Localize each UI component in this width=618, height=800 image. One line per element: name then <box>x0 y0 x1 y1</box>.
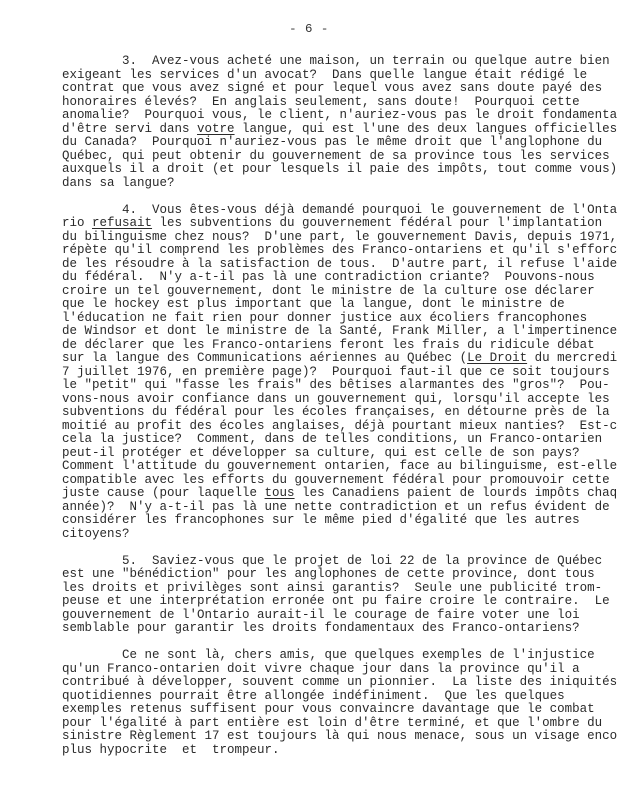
underlined-text: votre <box>197 122 235 136</box>
text-line: les droits et privilèges sont ainsi gara… <box>62 582 618 596</box>
text-line: cela la justice? Comment, dans de telles… <box>62 433 618 447</box>
text-line: plus hypocrite et trompeur. <box>62 744 618 758</box>
text-line: 3. Avez-vous acheté une maison, un terra… <box>62 55 618 69</box>
text-line: contrat que vous avez signé et pour lequ… <box>62 82 618 96</box>
text-line: le "petit" qui "fasse les frais" des bêt… <box>62 379 618 393</box>
page-number: - 6 - <box>0 22 618 36</box>
text-line: exemples retenus suffisent pour vous con… <box>62 703 618 717</box>
text-line: rio refusait les subventions du gouverne… <box>62 217 618 231</box>
text-line: d'être servi dans votre langue, qui est … <box>62 123 618 137</box>
text-line: contribué à développer, souvent comme un… <box>62 676 618 690</box>
text-line: moitié au profit des écoles anglaises, d… <box>62 420 618 434</box>
text-line: juste cause (pour laquelle tous les Cana… <box>62 487 618 501</box>
text-line: Québec, qui peut obtenir du gouvernement… <box>62 150 618 164</box>
text-line: du fédéral. N'y a-t-il pas là une contra… <box>62 271 618 285</box>
underlined-text: Le Droit <box>467 351 527 365</box>
text-line: croire un tel gouvernement, dont le mini… <box>62 285 618 299</box>
document-page: - 6 - 3. Avez-vous acheté une maison, un… <box>0 0 618 800</box>
text-line: peut-il protéger et développer sa cultur… <box>62 447 618 461</box>
text-line: 7 juillet 1976, en première page)? Pourq… <box>62 366 618 380</box>
text-line: considérer les francophones sur le même … <box>62 514 618 528</box>
text-line: année)? N'y a-t-il pas là une nette cont… <box>62 501 618 515</box>
text-line: que le hockey est plus important que la … <box>62 298 618 312</box>
text-line: honoraires élevés? En anglais seulement,… <box>62 96 618 110</box>
text-line: vons-nous avoir confiance dans un gouver… <box>62 393 618 407</box>
text-line: de Windsor et dont le ministre de la San… <box>62 325 618 339</box>
underlined-text: refusait <box>92 216 152 230</box>
text-line: de déclarer que les Franco-ontariens fer… <box>62 339 618 353</box>
text-line: anomalie? Pourquoi vous, le client, n'au… <box>62 109 618 123</box>
text-line: est une "bénédiction" pour les anglophon… <box>62 568 618 582</box>
text-line: répète qu'il comprend les problèmes des … <box>62 244 618 258</box>
text-line: dans sa langue? <box>62 177 618 191</box>
text-line: pour l'égalité à part entière est loin d… <box>62 717 618 731</box>
paragraph-closing: Ce ne sont là, chers amis, que quelques … <box>62 649 618 757</box>
text-line: subventions du fédéral pour les écoles f… <box>62 406 618 420</box>
text-line: peuse et une interprétation erronée ont … <box>62 595 618 609</box>
text-line: gouvernement de l'Ontario aurait-il le c… <box>62 609 618 623</box>
text-line: 4. Vous êtes-vous déjà demandé pourquoi … <box>62 204 618 218</box>
text-line: 5. Saviez-vous que le projet de loi 22 d… <box>62 555 618 569</box>
underlined-text: tous <box>265 486 295 500</box>
text-line: compatible avec les efforts du gouvernem… <box>62 474 618 488</box>
text-line: exigeant les services d'un avocat? Dans … <box>62 69 618 83</box>
text-line: auxquels il a droit (et pour lesquels il… <box>62 163 618 177</box>
text-line: Ce ne sont là, chers amis, que quelques … <box>62 649 618 663</box>
text-line: citoyens? <box>62 528 618 542</box>
text-line: Comment l'attitude du gouvernement ontar… <box>62 460 618 474</box>
paragraph-5: 5. Saviez-vous que le projet de loi 22 d… <box>62 555 618 636</box>
text-line: de les résoudre à la satisfaction de tou… <box>62 258 618 272</box>
paragraph-3: 3. Avez-vous acheté une maison, un terra… <box>62 55 618 190</box>
text-line: l'éducation ne fait rien pour donner jus… <box>62 312 618 326</box>
text-line: sur la langue des Communications aérienn… <box>62 352 618 366</box>
text-line: semblable pour garantir les droits fonda… <box>62 622 618 636</box>
text-line: qu'un Franco-ontarien doit vivre chaque … <box>62 663 618 677</box>
text-line: du bilinguisme chez nous? D'une part, le… <box>62 231 618 245</box>
text-line: du Canada? Pourquoi n'auriez-vous pas le… <box>62 136 618 150</box>
text-line: sinistre Règlement 17 est toujours là qu… <box>62 730 618 744</box>
paragraph-4: 4. Vous êtes-vous déjà demandé pourquoi … <box>62 204 618 542</box>
text-line: quotidiennes pourrait être allongée indé… <box>62 690 618 704</box>
document-body: 3. Avez-vous acheté une maison, un terra… <box>62 55 618 771</box>
